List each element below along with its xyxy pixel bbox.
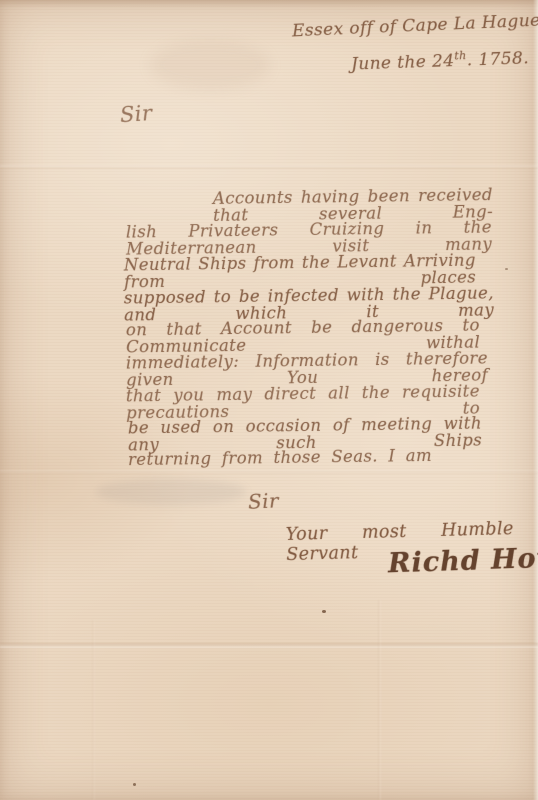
body-line: returning from those Seas. I am	[128, 448, 432, 469]
ink-show-through-smudge	[96, 479, 246, 505]
fold-crease-horizontal-middle	[0, 470, 538, 474]
signature-richard-howe: Richd Howe	[388, 542, 538, 580]
paper-top-edge-shading	[0, 0, 538, 8]
heading-date-line: June the 24th. 1758.	[351, 47, 530, 75]
date-prefix: June the 24	[351, 51, 455, 75]
fold-crease-vertical-left	[92, 620, 95, 800]
foxing-speck	[133, 783, 136, 786]
date-ordinal-suffix: th	[454, 49, 467, 62]
closing-salutation: Sir	[247, 488, 279, 514]
fold-crease-horizontal-lower	[0, 643, 538, 648]
foxing-speck	[322, 610, 326, 613]
letter-page: Essex off of Cape La Hague June the 24th…	[0, 0, 538, 800]
salutation: Sir	[119, 101, 153, 127]
paper-tone-blotch	[150, 40, 270, 90]
fold-crease-vertical-right	[378, 600, 381, 800]
heading-location-line: Essex off of Cape La Hague	[292, 11, 538, 42]
fold-crease-horizontal-upper	[0, 165, 538, 169]
date-year: . 1758.	[466, 49, 529, 71]
paper-right-edge-highlight	[533, 0, 538, 800]
foxing-speck	[505, 268, 508, 270]
